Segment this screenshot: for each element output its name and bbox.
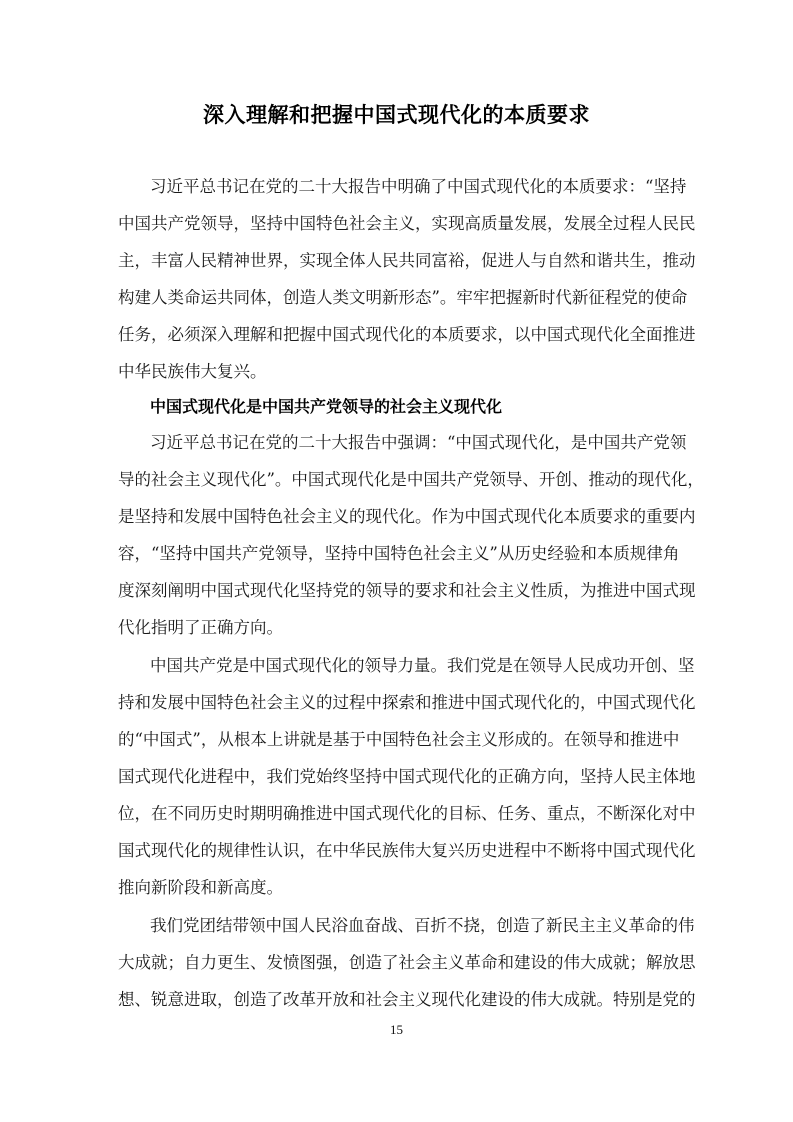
paragraph-line: 中国共产党是中国式现代化的领导力量。我们党是在领导人民成功开创、坚: [150, 651, 678, 681]
paragraph-line: 中国共产党领导，坚持中国特色社会主义，实现高质量发展，发展全过程人民民: [118, 209, 678, 239]
paragraph-line: 任务，必须深入理解和把握中国式现代化的本质要求，以中国式现代化全面推进: [118, 320, 678, 350]
paragraph-line: 主，丰富人民精神世界，实现全体人民共同富裕，促进人与自然和谐共生，推动: [118, 246, 678, 276]
paragraph-line: 位，在不同历史时期明确推进中国式现代化的目标、任务、重点，不断深化对中: [118, 799, 678, 829]
paragraph-line: 我们党团结带领中国人民浴血奋战、百折不挠，创造了新民主主义革命的伟: [150, 911, 678, 941]
document-title: 深入理解和把握中国式现代化的本质要求: [0, 100, 793, 130]
paragraph-line: 习近平总书记在党的二十大报告中明确了中国式现代化的本质要求：“坚持: [150, 172, 678, 202]
paragraph-line: 代化指明了正确方向。: [118, 613, 678, 643]
paragraph-line: 推向新阶段和新高度。: [118, 873, 678, 903]
paragraph-line: 习近平总书记在党的二十大报告中强调：“中国式现代化，是中国共产党领: [150, 428, 678, 458]
section-heading: 中国式现代化是中国共产党领导的社会主义现代化: [150, 392, 502, 422]
paragraph-line: 国式现代化进程中，我们党始终坚持中国式现代化的正确方向，坚持人民主体地: [118, 762, 678, 792]
paragraph-line: 中华民族伟大复兴。: [118, 357, 678, 387]
paragraph-line: 持和发展中国特色社会主义的过程中探索和推进中国式现代化的，中国式现代化: [118, 688, 678, 718]
paragraph-line: 想、锐意进取，创造了改革开放和社会主义现代化建设的伟大成就。特别是党的: [118, 985, 678, 1015]
paragraph-line: 容，“坚持中国共产党领导，坚持中国特色社会主义”从历史经验和本质规律角: [118, 539, 678, 569]
paragraph-line: 是坚持和发展中国特色社会主义的现代化。作为中国式现代化本质要求的重要内: [118, 502, 678, 532]
paragraph-line: 导的社会主义现代化”。中国式现代化是中国共产党领导、开创、推动的现代化，: [118, 465, 678, 495]
page-number: 15: [0, 1022, 793, 1038]
paragraph-line: 构建人类命运共同体，创造人类文明新形态”。牢牢把握新时代新征程党的使命: [118, 283, 678, 313]
paragraph-line: 的“中国式”，从根本上讲就是基于中国特色社会主义形成的。在领导和推进中: [118, 725, 678, 755]
paragraph-line: 大成就；自力更生、发愤图强，创造了社会主义革命和建设的伟大成就；解放思: [118, 948, 678, 978]
paragraph-line: 度深刻阐明中国式现代化坚持党的领导的要求和社会主义性质，为推进中国式现: [118, 576, 678, 606]
paragraph-line: 国式现代化的规律性认识，在中华民族伟大复兴历史进程中不断将中国式现代化: [118, 836, 678, 866]
document-page: 深入理解和把握中国式现代化的本质要求 习近平总书记在党的二十大报告中明确了中国式…: [0, 0, 793, 1122]
